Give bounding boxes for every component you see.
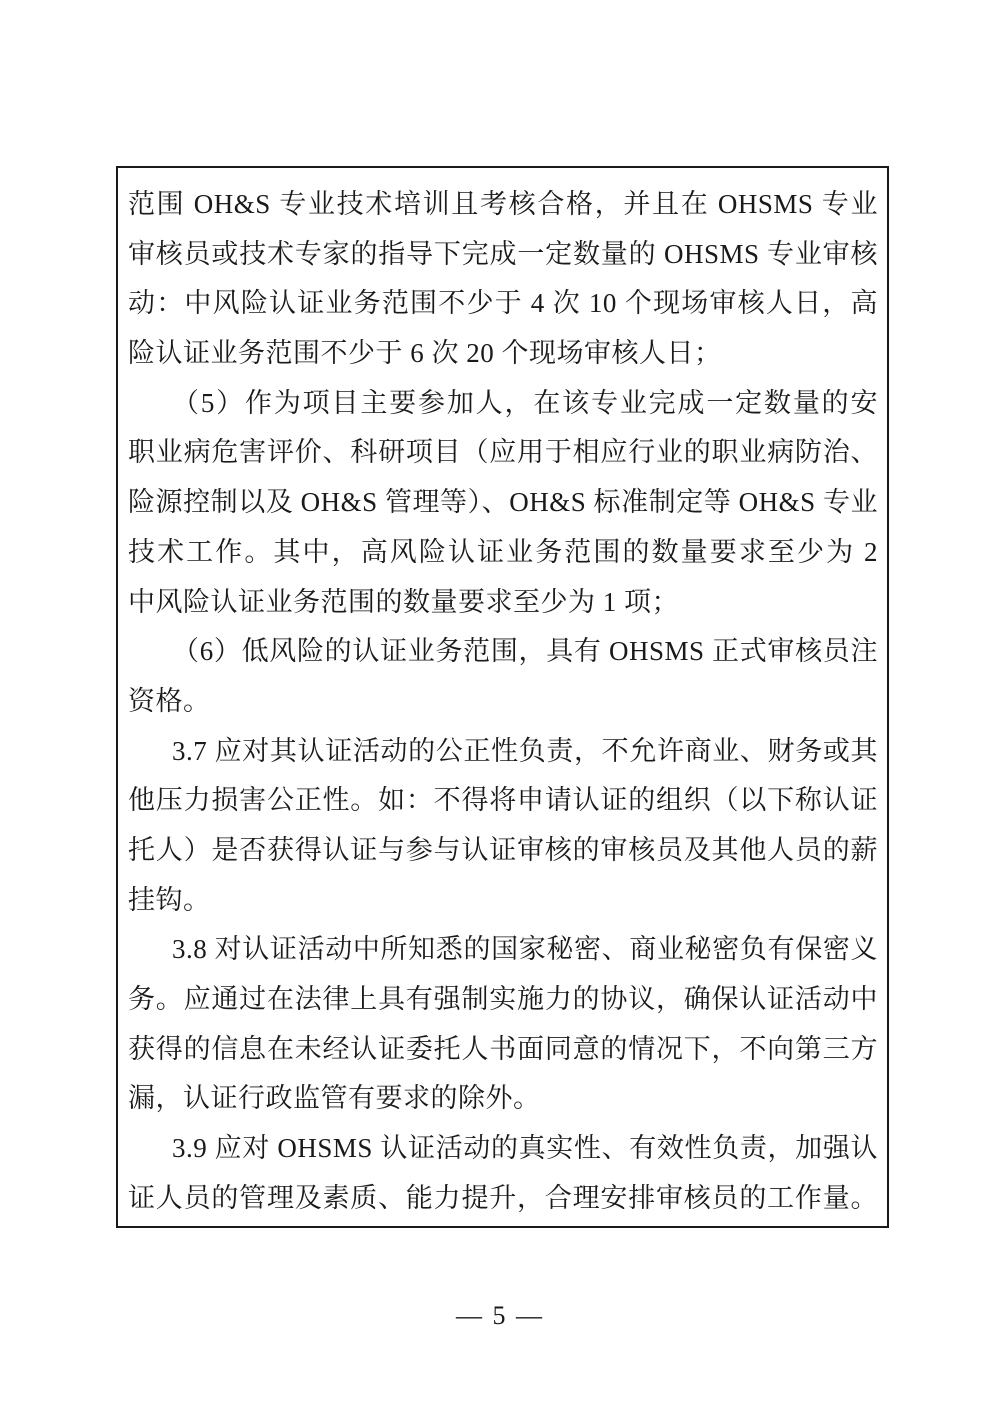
- text-line: 动：中风险认证业务范围不少于 4 次 10 个现场审核人日，高风: [128, 279, 878, 329]
- text-line: 险源控制以及 OH&S 管理等）、OH&S 标准制定等 OH&S 专业: [128, 478, 878, 528]
- text-line: 技术工作。其中，高风险认证业务范围的数量要求至少为 2 项，: [128, 528, 878, 578]
- text-line: 职业病危害评价、科研项目（应用于相应行业的职业病防治、危: [128, 428, 878, 478]
- text-line: （5）作为项目主要参加人，在该专业完成一定数量的安全/: [128, 379, 878, 429]
- text-line: 险认证业务范围不少于 6 次 20 个现场审核人日；: [128, 329, 878, 379]
- text-line: 托人）是否获得认证与参与认证审核的审核员及其他人员的薪酬: [128, 826, 878, 876]
- text-line: 3.8 对认证活动中所知悉的国家秘密、商业秘密负有保密义: [128, 925, 878, 975]
- page-number: — 5 —: [456, 1301, 544, 1330]
- text-line: 证人员的管理及素质、能力提升，合理安排审核员的工作量。每: [128, 1174, 878, 1224]
- document-body: 范围 OH&S 专业技术培训且考核合格，并且在 OHSMS 专业领域审核员或技术…: [118, 168, 887, 1223]
- text-line: 获得的信息在未经认证委托人书面同意的情况下，不向第三方透: [128, 1025, 878, 1075]
- text-line: 3.9 应对 OHSMS 认证活动的真实性、有效性负责，加强认: [128, 1124, 878, 1174]
- text-line: （6）低风险的认证业务范围，具有 OHSMS 正式审核员注册: [128, 627, 878, 677]
- text-line: 资格。: [128, 677, 878, 727]
- text-line: 审核员或技术专家的指导下完成一定数量的 OHSMS 专业审核活: [128, 230, 878, 280]
- text-line: 他压力损害公正性。如：不得将申请认证的组织（以下称认证委: [128, 776, 878, 826]
- text-line: 中风险认证业务范围的数量要求至少为 1 项；: [128, 578, 878, 628]
- page-footer: — 5 —: [0, 1296, 1000, 1336]
- text-line: 漏，认证行政监管有要求的除外。: [128, 1074, 878, 1124]
- text-line: 范围 OH&S 专业技术培训且考核合格，并且在 OHSMS 专业领域: [128, 180, 878, 230]
- text-line: 3.7 应对其认证活动的公正性负责，不允许商业、财务或其: [128, 727, 878, 777]
- text-line: 务。应通过在法律上具有强制实施力的协议，确保认证活动中所: [128, 975, 878, 1025]
- document-content-box: 范围 OH&S 专业技术培训且考核合格，并且在 OHSMS 专业领域审核员或技术…: [116, 166, 889, 1228]
- text-line: 挂钩。: [128, 876, 878, 926]
